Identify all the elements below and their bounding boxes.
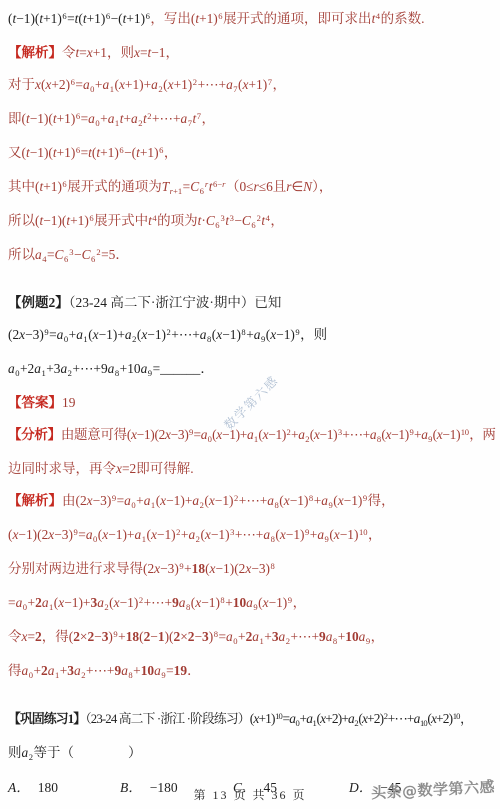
section-label: 【分析】 (8, 427, 61, 442)
text-segment: （23-24 高二下·浙江宁波·期中）已知 (69, 295, 282, 310)
math-expression: 19 (62, 395, 75, 410)
math-expression: x=2 (116, 461, 136, 476)
math-expression: r∈N (286, 179, 312, 194)
text-segment: （ (226, 179, 240, 194)
text-segment: 令 (62, 45, 76, 60)
math-expression: a0+2a1+3a2+⋯+9a8+10a9=19 (22, 663, 188, 678)
text-segment: ， (460, 712, 472, 726)
math-expression: (t+1)6 (191, 11, 223, 26)
text-segment: ， (202, 111, 216, 126)
text-segment: 得， (368, 493, 395, 508)
text-segment: ，则 (107, 45, 134, 60)
text-segment: 分别对两边进行求导得 (8, 561, 143, 576)
text-segment: 展开式中 (94, 213, 148, 228)
text-line-10: (2x−3)9=a0+a1(x−1)+a2(x−1)2+⋯+a8(x−1)8+a… (8, 324, 498, 347)
text-line-21: 【巩固练习1】（23-24 高二下 ·浙江 ·阶段练习）(x+1)10=a0+a… (8, 708, 498, 731)
text-line-3: 对于x(x+2)6=a0+a1(x+1)+a2(x+1)2+⋯+a7(x+1)7… (8, 74, 498, 97)
math-expression: (t+1)6 (35, 179, 67, 194)
math-expression: =a0+2a1(x−1)+3a2(x−1)2+⋯+9a8(x−1)8+10a9(… (8, 595, 293, 610)
math-expression: (x+1)10=a0+a1(x+2)+a2(x+2)2+⋯+a10(x+2)10 (250, 711, 460, 726)
section-label: 【解析】 (8, 45, 62, 60)
section-label: 【解析】 (8, 493, 62, 508)
math-expression: x=2 (22, 629, 42, 644)
text-line-16: (x−1)(2x−3)9=a0(x−1)+a1(x−1)2+a2(x−1)3+⋯… (8, 524, 498, 547)
text-line-18: =a0+2a1(x−1)+3a2(x−1)2+⋯+9a8(x−1)8+10a9(… (8, 592, 498, 615)
text-segment: ，两 (469, 427, 495, 442)
text-line-1: (t−1)(t+1)6=t(t+1)6−(t+1)6，写出(t+1)6展开式的通… (8, 8, 498, 31)
text-line-11: a0+2a1+3a2+⋯+9a8+10a9=______． (8, 358, 498, 381)
math-expression: (t−1)(t+1)6 (35, 213, 94, 228)
document-page: (t−1)(t+1)6=t(t+1)6−(t+1)6，写出(t+1)6展开式的通… (0, 0, 500, 809)
section-label: 【答案】 (8, 395, 62, 410)
math-expression: x(x+2)6=a0+a1(x+1)+a2(x+1)2+⋯+a7(x+1)7 (35, 77, 272, 92)
text-segment: 且 (273, 179, 287, 194)
text-segment: （23-24 高二下 ·浙江 ·阶段练习） (85, 712, 250, 726)
text-line-12: 【答案】19 (8, 392, 498, 413)
math-expression: (t−1)(t+1)6=t(t+1)6−(t+1)6 (22, 145, 164, 160)
section-label: 【例题2】 (8, 295, 69, 310)
text-segment: 即 (8, 111, 22, 126)
text-segment: ． (115, 247, 129, 262)
document-content: (t−1)(t+1)6=t(t+1)6−(t+1)6，写出(t+1)6展开式的通… (8, 8, 498, 796)
text-segment: ． (187, 663, 201, 678)
math-expression: x=t−1 (134, 45, 166, 60)
text-segment: 等于（ ） (33, 745, 141, 760)
math-expression: t=x+1 (76, 45, 108, 60)
text-line-4: 即(t−1)(t+1)6=a0+a1t+a2t2+⋯+a7t7， (8, 108, 498, 131)
math-expression: (2x−3)9+18(x−1)(2x−3)8 (143, 561, 275, 576)
text-line-22: 则a2等于（ ） (8, 742, 498, 765)
math-expression: Tr+1=C6rt6−r (162, 179, 226, 194)
text-segment: 令 (8, 629, 22, 644)
text-segment: 得 (8, 663, 22, 678)
text-segment: 则 (8, 745, 22, 760)
text-segment: ，则 (300, 327, 327, 342)
text-line-8: 所以a4=C63−C62=5． (8, 244, 498, 267)
math-expression: 0≤r≤6 (239, 179, 272, 194)
math-expression: (x−1)(2x−3)9=a0(x−1)+a1(x−1)2+a2(x−1)3+⋯… (127, 427, 469, 442)
text-segment: ， (293, 595, 307, 610)
text-segment: ． (200, 361, 214, 376)
math-expression: t4 (372, 11, 381, 26)
math-expression: a4=C63−C62=5 (35, 247, 115, 262)
math-expression: a0+2a1+3a2+⋯+9a8+10a9=______ (8, 361, 200, 376)
text-segment: 的系数. (381, 11, 425, 26)
math-expression: (t−1)(t+1)6=t(t+1)6−(t+1)6 (8, 11, 150, 26)
text-line-19: 令x=2，得(2×2−3)9+18(2−1)(2×2−3)8=a0+2a1+3a… (8, 626, 498, 649)
text-segment: 的项为 (157, 213, 198, 228)
math-expression: (x−1)(2x−3)9=a0(x−1)+a1(x−1)2+a2(x−1)3+⋯… (8, 527, 368, 542)
text-segment: 即可得解. (136, 461, 193, 476)
math-expression: t4 (148, 213, 157, 228)
math-expression: t·C63t3−C62t4 (198, 213, 271, 228)
text-line-17: 分别对两边进行求导得(2x−3)9+18(x−1)(2x−3)8 (8, 558, 498, 581)
text-segment: ，得 (42, 629, 69, 644)
text-line-20: 得a0+2a1+3a2+⋯+9a8+10a9=19． (8, 660, 498, 683)
math-expression: (t−1)(t+1)6=a0+a1t+a2t2+⋯+a7t7 (22, 111, 202, 126)
math-expression: (2x−3)9=a0+a1(x−1)+a2(x−1)2+⋯+a8(x−1)8+a… (8, 327, 300, 342)
math-expression: (2x−3)9=a0+a1(x−1)+a2(x−1)2+⋯+a8(x−1)8+a… (76, 493, 368, 508)
text-line-15: 【解析】由(2x−3)9=a0+a1(x−1)+a2(x−1)2+⋯+a8(x−… (8, 490, 498, 513)
text-segment: ，写出 (150, 11, 191, 26)
text-segment: ， (368, 527, 382, 542)
text-segment: 所以 (8, 213, 35, 228)
text-segment: 边同时求导，再令 (8, 461, 116, 476)
text-segment: 其中 (8, 179, 35, 194)
text-segment: 展开式的通项，即可求出 (223, 11, 372, 26)
math-expression: (2×2−3)9+18(2−1)(2×2−3)8=a0+2a1+3a2+⋯+9a… (69, 629, 371, 644)
text-line-9: 【例题2】（23-24 高二下·浙江宁波·期中）已知 (8, 292, 498, 313)
text-segment: 展开式的通项为 (67, 179, 162, 194)
text-segment: ， (270, 213, 284, 228)
text-segment: ， (164, 145, 178, 160)
text-segment: ， (166, 45, 180, 60)
text-line-6: 其中(t+1)6展开式的通项为Tr+1=C6rt6−r（0≤r≤6且r∈N）， (8, 176, 498, 199)
math-expression: a2 (22, 745, 34, 760)
text-line-5: 又(t−1)(t+1)6=t(t+1)6−(t+1)6， (8, 142, 498, 165)
text-line-14: 边同时求导，再令x=2即可得解. (8, 458, 498, 479)
section-label: 【巩固练习1】 (8, 712, 85, 726)
text-line-13: 【分析】由题意可得(x−1)(2x−3)9=a0(x−1)+a1(x−1)2+a… (8, 424, 498, 447)
text-segment: 对于 (8, 77, 35, 92)
text-line-7: 所以(t−1)(t+1)6展开式中t4的项为t·C63t3−C62t4， (8, 210, 498, 233)
text-segment: ）， (312, 179, 332, 194)
text-segment: ， (272, 77, 286, 92)
text-segment: 所以 (8, 247, 35, 262)
text-segment: 由题意可得 (61, 427, 127, 442)
text-segment: 由 (62, 493, 76, 508)
text-line-2: 【解析】令t=x+1，则x=t−1， (8, 42, 498, 63)
text-segment: 又 (8, 145, 22, 160)
text-segment: ， (371, 629, 385, 644)
